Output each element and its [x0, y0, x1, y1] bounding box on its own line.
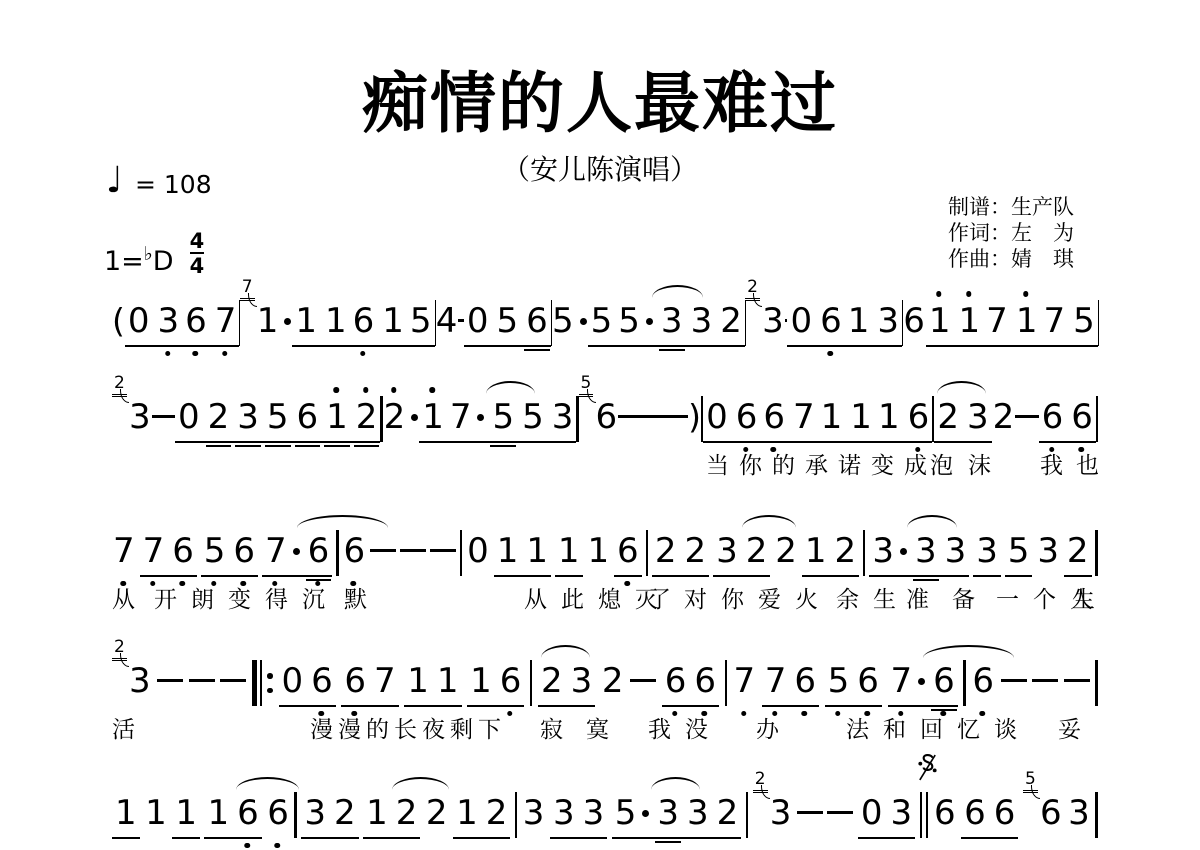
note-digit: 5 [828, 660, 850, 702]
note-digit: 2 [602, 660, 624, 702]
note-token: 3 [523, 792, 545, 834]
note-digit: 1 [850, 396, 872, 438]
note-digit: 6 [763, 396, 785, 438]
lyric-segment: 从 [112, 587, 135, 615]
note-digit: 6 [344, 660, 366, 702]
tie-arc-icon [907, 515, 957, 528]
note-digit: 1 [422, 396, 444, 438]
note-digit: 3 [770, 792, 792, 834]
note-digit: 1 [558, 530, 580, 572]
beam-group: 16 [875, 396, 932, 443]
credit-composer: 作曲：婧 琪 [948, 246, 1074, 272]
note-token: 3 [687, 792, 709, 834]
note-token: 3 [571, 660, 593, 702]
note-digit: 2 [208, 396, 230, 438]
note-digit: 2 [1067, 530, 1089, 572]
dash-rest [152, 415, 175, 418]
note-token: 5 [496, 300, 518, 342]
note-digit: 1 [1016, 300, 1038, 342]
note-token: 6 [172, 530, 194, 572]
note-token: 2 [208, 396, 230, 438]
barline [746, 792, 748, 838]
note-digit: 2 [384, 396, 406, 438]
beam-group: 16 [467, 660, 524, 707]
beam-group: 76 [888, 660, 958, 707]
octave-dot-below-icon [272, 581, 278, 587]
note-digit: 0 [467, 530, 489, 572]
note-digit: 6 [964, 792, 986, 834]
note-digit: 5 [1073, 300, 1095, 342]
note-digit: 6 [994, 792, 1016, 834]
note-token: 3 [158, 300, 180, 342]
note: 0 [466, 530, 490, 572]
note-digit: 6 [694, 660, 716, 702]
note-digit: 7 [986, 300, 1008, 342]
octave-dot-below-icon [1049, 447, 1055, 453]
beam-group: 66 [1039, 396, 1096, 443]
note-digit: 7 [215, 300, 237, 342]
dash-rest [157, 679, 183, 682]
note-token: 0 [467, 300, 489, 342]
notation-line: 7765676601111622322123333532从开朗变得沉默从此熄灭了… [112, 530, 1098, 577]
note-digit: 0 [861, 792, 883, 834]
note-digit: 2 [334, 792, 356, 834]
tie-arc-icon [652, 285, 704, 298]
note-digit: 0 [790, 300, 812, 342]
note-token: 0 [861, 792, 883, 834]
note: 17 [256, 300, 293, 342]
barline-thin [926, 792, 928, 838]
barline [963, 660, 965, 706]
octave-dot-below-icon [802, 711, 808, 717]
octave-dot-below-icon [915, 447, 921, 453]
note-digit: 3 [129, 396, 151, 438]
note-token: 7 [215, 300, 237, 342]
augmentation-dot-icon [646, 318, 653, 325]
note-token: 7 [734, 660, 756, 702]
note-digit: 1 [115, 792, 137, 834]
credit-lyricist: 作词：左 为 [948, 220, 1074, 246]
dash-rest [1015, 415, 1038, 418]
dash-rest [641, 415, 664, 418]
barline [1095, 530, 1097, 576]
octave-dot-above-icon [391, 387, 397, 393]
note: 7 [733, 660, 757, 702]
octave-dot-below-icon [179, 581, 185, 587]
note-digit: 3 [523, 792, 545, 834]
note-digit: 5 [204, 530, 226, 572]
note-token: 7 [450, 396, 485, 438]
note-digit: 1 [407, 660, 429, 702]
octave-dot-above-icon [363, 387, 369, 393]
beam-group: 5 [407, 300, 435, 347]
note-digit: 6 [596, 396, 618, 438]
note-digit: 3 [691, 300, 713, 342]
beam-group: 12 [363, 792, 420, 839]
lyric-segment: 寂 [540, 717, 563, 745]
note: 2 [601, 660, 625, 702]
note-digit: 5 [1008, 530, 1030, 572]
note-digit: 2 [486, 792, 508, 834]
note: 32 [769, 792, 793, 834]
beam-group: 76 [262, 530, 332, 577]
notes-row: 7765676601111622322123333532 [112, 530, 1098, 577]
note-token: 6 [297, 396, 319, 438]
note-digit: 5 [591, 300, 613, 342]
note-digit: 6 [297, 396, 319, 438]
note-token: 0 [178, 396, 200, 438]
barline [863, 530, 865, 576]
tie-arc-icon [297, 515, 388, 528]
note-digit: 5 [615, 792, 637, 834]
note-token: 1 [382, 300, 404, 342]
note-digit: 5 [492, 396, 514, 438]
note-token: 6 [267, 792, 289, 834]
tempo-marking: ♩ = 108 [106, 166, 212, 202]
time-signature-top: 4 [190, 230, 205, 252]
note-token: 1 [805, 530, 827, 572]
note-digit: 3 [762, 300, 784, 342]
octave-dot-below-icon [940, 711, 946, 717]
note-token: 3 [770, 792, 792, 834]
octave-dot-above-icon [1023, 291, 1029, 297]
note-token: 3 [872, 530, 907, 572]
note-token: 0 [128, 300, 150, 342]
note-digit: 1 [145, 792, 167, 834]
note-digit: 2 [746, 530, 768, 572]
lyric-segment: 当你的承诺变成 [706, 453, 937, 481]
beam-group: 16 [204, 792, 261, 839]
note-token: 3 [691, 300, 713, 342]
note-digit: 5 [552, 300, 574, 342]
octave-dot-below-icon [741, 711, 747, 717]
augmentation-dot-icon [411, 414, 418, 421]
note-token: 3 [657, 792, 679, 834]
octave-dot-below-icon [827, 351, 833, 357]
beam-group: 7553 [447, 396, 577, 443]
note-token: 7 [113, 530, 135, 572]
beam-group: 03 [858, 792, 915, 839]
note-token: 3 [967, 396, 989, 438]
note-digit: 1 [805, 530, 827, 572]
lyric-segment: 活 [112, 717, 135, 745]
credit-arranger: 制谱：生产队 [948, 194, 1074, 220]
note-token: 1 [145, 792, 167, 834]
note-token: 3 [129, 396, 151, 438]
note-token: 6 [237, 792, 259, 834]
tie-arc-icon [541, 645, 590, 658]
note-token: 3 [304, 792, 326, 834]
note-digit: 3 [872, 530, 894, 572]
note-token: 3 [915, 530, 937, 572]
sixteenth-underline [490, 445, 516, 447]
note-digit: 1 [175, 792, 197, 834]
octave-dot-below-icon [1078, 447, 1084, 453]
note-token: 2 [334, 792, 356, 834]
note-digit: 3 [877, 300, 899, 342]
beam-group: 3 [973, 530, 1001, 577]
note-digit: 0 [282, 660, 304, 702]
note-digit: 6 [908, 396, 930, 438]
barline [646, 530, 648, 576]
sixteenth-underline [306, 579, 332, 581]
octave-dot-below-icon [360, 351, 366, 357]
note-token: 1 [422, 396, 444, 438]
note-digit: 7 [891, 660, 913, 702]
note-token: 5 [615, 792, 650, 834]
note-token: 1 [558, 530, 580, 572]
note-digit: 1 [207, 792, 229, 834]
note-token: 7 [265, 530, 300, 572]
beam-group: 33 [550, 792, 607, 839]
lyric-segment: 对你爱火 [684, 587, 832, 615]
note-digit: 3 [657, 792, 679, 834]
barline-thin [920, 792, 922, 838]
note-token: 6 [903, 300, 925, 342]
lyric-segment: 余生 [836, 587, 910, 615]
note-digit: 6 [500, 660, 522, 702]
note: 2 [992, 396, 1016, 438]
note-token: 2 [937, 396, 959, 438]
note-token: 2 [993, 396, 1015, 438]
repeat-start-barline [252, 660, 273, 706]
note-token: 3 [891, 792, 913, 834]
note-token: 6 [617, 530, 639, 572]
note-digit: 6 [857, 660, 879, 702]
note-token: 2 [775, 530, 797, 572]
note: 6 [933, 792, 957, 834]
barline [530, 660, 532, 706]
note: 6 [902, 300, 926, 342]
note-token: 6 [820, 300, 842, 342]
note-digit: 5 [410, 300, 432, 342]
note-digit: 3 [552, 396, 574, 438]
note: 65 [1039, 792, 1063, 834]
grace-slur-icon [753, 293, 762, 307]
note-digit: 1 [587, 530, 609, 572]
beam-group: 66 [961, 792, 1018, 839]
dash-rest [189, 679, 215, 682]
beam-group: 23 [538, 660, 595, 707]
note-digit: 6 [237, 792, 259, 834]
note-token: 6 [185, 300, 207, 342]
notation-line: 111166321221233353323203666653 [112, 792, 1098, 839]
tie-arc-icon [923, 645, 1014, 658]
note: 6 [266, 792, 290, 834]
note-digit: 1 [878, 396, 900, 438]
lyric-segment: 我没 [648, 717, 722, 745]
augmentation-dot-icon [580, 318, 587, 325]
note-digit: 5 [618, 300, 640, 342]
beam-group: 61 [350, 300, 407, 347]
note-digit: 0 [706, 396, 728, 438]
note-token: 6 [1042, 396, 1064, 438]
note-digit: 6 [1040, 792, 1062, 834]
note-token: 2 [1067, 530, 1089, 572]
note-token: 1 [929, 300, 951, 342]
note-token: 1 [326, 396, 348, 438]
grace-slur-icon [120, 653, 129, 667]
notes-row: (0367171161540565553323206136117175 [112, 300, 1098, 347]
note-token: 1 [115, 792, 137, 834]
beam-group: 5 [588, 300, 616, 347]
dash-rest [220, 679, 246, 682]
beam-group: 67 [341, 660, 398, 707]
sixteenth-underline [235, 445, 261, 447]
note-token: 2 [426, 792, 448, 834]
note-digit: 6 [794, 660, 816, 702]
note-token: 2 [720, 300, 742, 342]
note: 1 [586, 530, 610, 572]
note-token: 1 [850, 396, 872, 438]
lyric-segment: 泡 [930, 453, 953, 481]
note-token: 1 [437, 660, 459, 702]
octave-dot-below-icon [507, 711, 513, 717]
notes-row: 32023561221755365)0667111623266 [112, 396, 1098, 443]
note-digit: 3 [304, 792, 326, 834]
note-digit: 0 [178, 396, 200, 438]
key-signature: 1=♭D 4 4 [104, 230, 204, 277]
note-token: 1 [1016, 300, 1038, 342]
augmentation-dot-icon [918, 678, 925, 685]
octave-dot-below-icon [351, 581, 357, 587]
octave-dot-below-icon [275, 843, 281, 849]
dash-rest [430, 549, 456, 552]
grace-slur-icon [248, 293, 257, 307]
note: 32 [761, 300, 785, 342]
grace-slur-icon [761, 785, 770, 799]
note-digit: 1 [366, 792, 388, 834]
tie-arc-icon [937, 381, 986, 394]
note-token: 5 [618, 300, 653, 342]
notation-line: 32066711162326677656766活漫漫的长夜剩下寂寞我没办法和回忆… [112, 660, 1098, 707]
note-token: 5 [267, 396, 289, 438]
beam-group: 32 [301, 792, 358, 839]
note: 7 [112, 530, 136, 572]
beam-group: 06 [787, 300, 844, 347]
barline [336, 530, 338, 576]
note-token: 6 [596, 396, 618, 438]
note-token: 6 [353, 300, 375, 342]
note-digit: 2 [396, 792, 418, 834]
repeat-dots-icon [267, 673, 273, 693]
beam-group: 06 [703, 396, 760, 443]
note-digit: 7 [450, 396, 472, 438]
key-prefix: 1= [104, 246, 144, 277]
note-token: 1 [878, 396, 900, 438]
note-token: 1 [295, 300, 317, 342]
tie-arc-icon [742, 515, 796, 528]
note: 32 [128, 660, 152, 702]
note-digit: 7 [765, 660, 787, 702]
note-digit: 2 [541, 660, 563, 702]
note-token: 6 [736, 396, 758, 438]
note: 3 [1036, 530, 1060, 572]
augmentation-dot-icon [642, 810, 649, 817]
tie-arc-icon [651, 777, 700, 790]
octave-dot-below-icon [241, 581, 247, 587]
beam-group: 11 [494, 530, 551, 577]
note-token: 2 [717, 792, 739, 834]
lyric-segment: 默 [344, 587, 367, 615]
note-token: 2 [384, 396, 419, 438]
note-digit: 6 [933, 660, 955, 702]
note-digit: 3 [687, 792, 709, 834]
segno-icon [916, 752, 939, 787]
octave-dot-below-icon [702, 711, 708, 717]
note: 3 [522, 792, 546, 834]
beam-group: 76 [140, 530, 197, 577]
note-digit: 3 [661, 300, 683, 342]
octave-dot-below-icon [624, 581, 630, 587]
note-digit: 2 [835, 530, 857, 572]
beam-group: 12 [802, 530, 859, 577]
note-digit: 1 [848, 300, 870, 342]
note: 6 [971, 660, 995, 702]
lyric-segment: 办 [756, 717, 779, 745]
barline [1095, 792, 1097, 838]
note-digit: 6 [903, 300, 925, 342]
dash-rest [630, 679, 656, 682]
octave-dot-below-icon [835, 711, 841, 717]
beam-group: 56 [825, 660, 882, 707]
note-token: 3 [661, 300, 683, 342]
sixteenth-underline [324, 445, 350, 447]
lyric-segment: 我也 [1040, 453, 1112, 481]
sixteenth-underline [295, 445, 321, 447]
octave-dot-below-icon [244, 843, 250, 849]
octave-dot-below-icon [165, 351, 171, 357]
note-digit: 1 [959, 300, 981, 342]
note-token: 6 [933, 660, 955, 702]
note-token: 6 [526, 300, 548, 342]
beam-group: 11 [404, 660, 461, 707]
note-digit: 6 [343, 530, 365, 572]
note-token: 3 [1037, 530, 1059, 572]
beam-group: 11 [292, 300, 349, 347]
notation-line: (0367171161540565553323206136117175 [112, 300, 1098, 347]
octave-dot-below-icon [772, 711, 778, 717]
note-digit: 3 [945, 530, 967, 572]
note-token: 1 [470, 660, 492, 702]
beam-group: 5 [1005, 530, 1033, 577]
dash-rest [1064, 679, 1090, 682]
note-token: 6 [665, 660, 687, 702]
note-token: 3 [716, 530, 738, 572]
note-token: 6 [233, 530, 255, 572]
note-digit: 6 [665, 660, 687, 702]
note-digit: 4 [436, 300, 458, 342]
note-digit: 6 [185, 300, 207, 342]
beam-group: 75 [1040, 300, 1097, 347]
octave-dot-below-icon [192, 351, 198, 357]
beam-group: 11 [926, 300, 983, 347]
note-token: 6 [308, 530, 330, 572]
note: 3 [1067, 792, 1091, 834]
barline [1096, 396, 1098, 442]
note-digit: 3 [967, 396, 989, 438]
note-token: 1 [175, 792, 197, 834]
note-token: 2 [486, 792, 508, 834]
dash-rest [827, 811, 853, 814]
barline [294, 792, 296, 838]
note-token: 7 [793, 396, 815, 438]
note-token: 4 [436, 300, 458, 342]
note-token: 2 [602, 660, 624, 702]
note-token: 5 [522, 396, 544, 438]
note-digit: 1 [470, 660, 492, 702]
octave-dot-above-icon [966, 291, 972, 297]
